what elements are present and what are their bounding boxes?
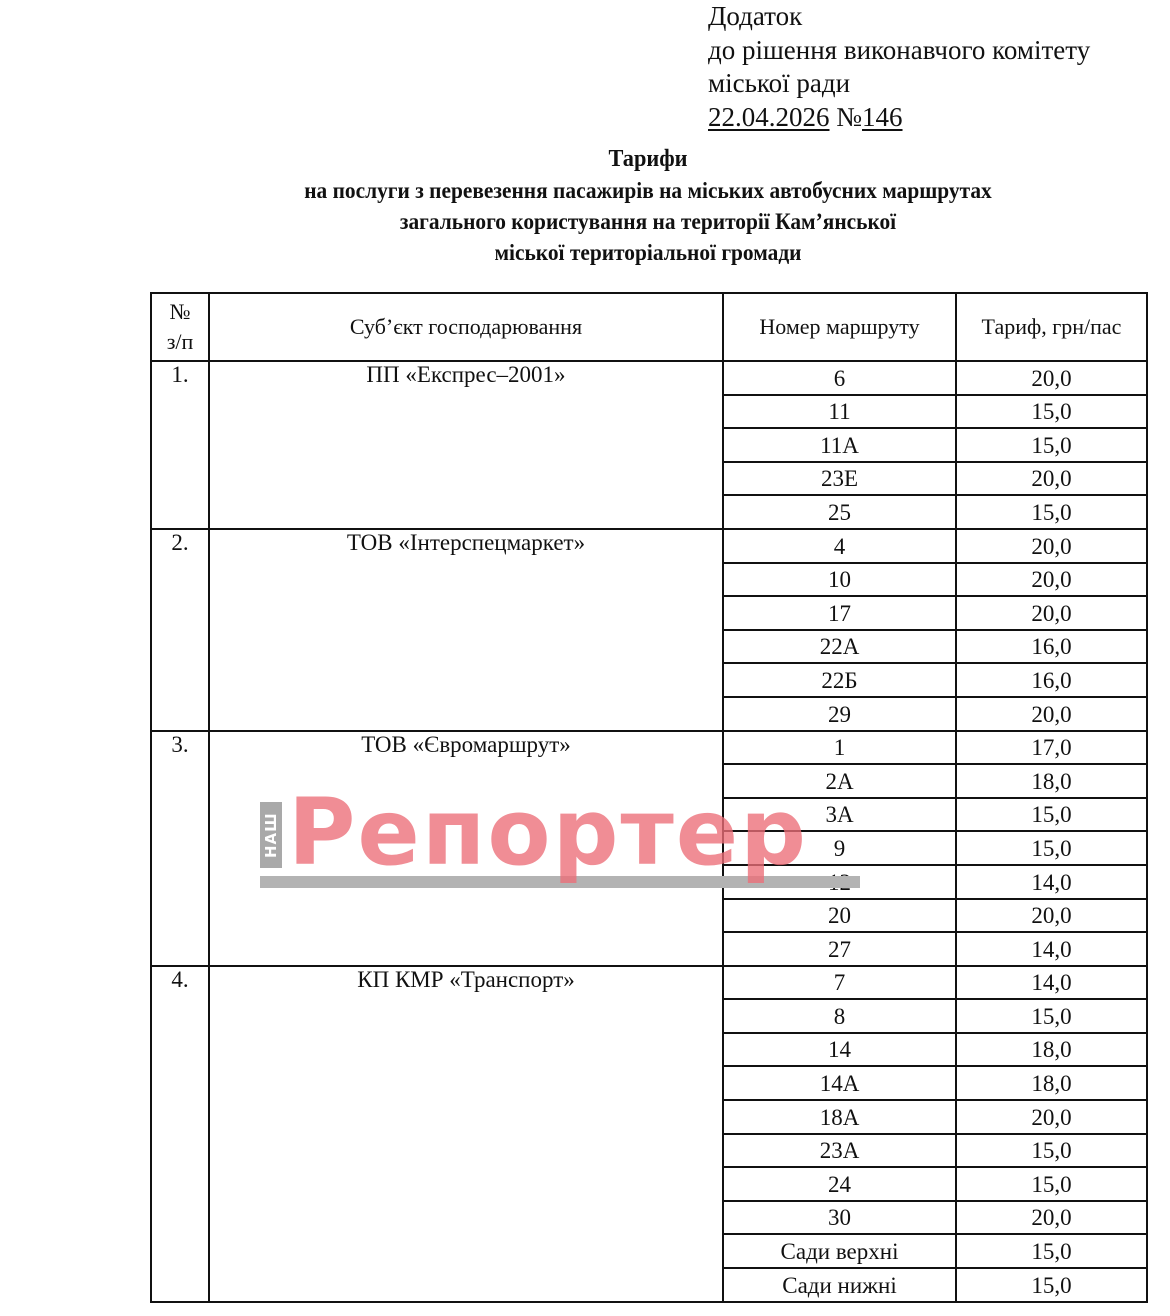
route-number: 18А bbox=[723, 1100, 956, 1134]
route-number: 23Е bbox=[723, 462, 956, 496]
route-number: 23А bbox=[723, 1134, 956, 1168]
table-header-row: №з/п Суб’єкт господарювання Номер маршру… bbox=[151, 293, 1147, 361]
row-number: 3. bbox=[151, 731, 209, 966]
route-number: 11 bbox=[723, 395, 956, 429]
operator-name: КП КМР «Транспорт» bbox=[209, 966, 723, 1302]
operator-name: ТОВ «Інтерспецмаркет» bbox=[209, 529, 723, 731]
route-number: Сади нижні bbox=[723, 1268, 956, 1302]
route-number: 8 bbox=[723, 999, 956, 1033]
title-line-4: міської територіальної громади bbox=[185, 237, 1111, 268]
route-number: 29 bbox=[723, 697, 956, 731]
decision-number: 146 bbox=[862, 102, 903, 132]
fare-value: 14,0 bbox=[956, 865, 1147, 899]
table-row: 4.КП КМР «Транспорт»714,0 bbox=[151, 966, 1147, 1000]
fare-value: 15,0 bbox=[956, 428, 1147, 462]
fare-value: 20,0 bbox=[956, 596, 1147, 630]
route-number: 11А bbox=[723, 428, 956, 462]
route-number: 24 bbox=[723, 1167, 956, 1201]
fare-value: 20,0 bbox=[956, 529, 1147, 563]
fare-value: 16,0 bbox=[956, 663, 1147, 697]
route-number: 17 bbox=[723, 596, 956, 630]
route-number: Сади верхні bbox=[723, 1234, 956, 1268]
route-number: 12 bbox=[723, 865, 956, 899]
appendix-decision-ref: до рішення виконавчого комітету bbox=[708, 34, 1090, 68]
route-number: 4 bbox=[723, 529, 956, 563]
route-number: 22А bbox=[723, 630, 956, 664]
fare-value: 15,0 bbox=[956, 999, 1147, 1033]
fare-value: 20,0 bbox=[956, 899, 1147, 933]
route-number: 20 bbox=[723, 899, 956, 933]
fare-value: 15,0 bbox=[956, 1134, 1147, 1168]
decision-number-sign: № bbox=[830, 102, 863, 132]
fare-value: 15,0 bbox=[956, 831, 1147, 865]
route-number: 27 bbox=[723, 932, 956, 966]
fare-value: 20,0 bbox=[956, 1201, 1147, 1235]
appendix-council: міської ради bbox=[708, 67, 1090, 101]
route-number: 3А bbox=[723, 798, 956, 832]
document-title: Тарифи на послуги з перевезення пасажирі… bbox=[185, 144, 1111, 268]
fare-value: 16,0 bbox=[956, 630, 1147, 664]
decision-date-number: 22.04.2026 №146 bbox=[708, 101, 1090, 135]
fare-value: 15,0 bbox=[956, 1167, 1147, 1201]
route-number: 7 bbox=[723, 966, 956, 1000]
fare-value: 15,0 bbox=[956, 798, 1147, 832]
route-number: 22Б bbox=[723, 663, 956, 697]
fare-value: 18,0 bbox=[956, 1066, 1147, 1100]
fare-value: 15,0 bbox=[956, 495, 1147, 529]
fare-value: 20,0 bbox=[956, 1100, 1147, 1134]
column-header-subject: Суб’єкт господарювання bbox=[209, 293, 723, 361]
fare-value: 15,0 bbox=[956, 1234, 1147, 1268]
decision-date: 22.04.2026 bbox=[708, 102, 830, 132]
title-line-2: на послуги з перевезення пасажирів на мі… bbox=[185, 175, 1111, 206]
appendix-label: Додаток bbox=[708, 0, 1090, 34]
route-number: 9 bbox=[723, 831, 956, 865]
fare-value: 17,0 bbox=[956, 731, 1147, 765]
route-number: 14А bbox=[723, 1066, 956, 1100]
fare-value: 15,0 bbox=[956, 395, 1147, 429]
title-line-3: загального користування на території Кам… bbox=[185, 206, 1111, 237]
fare-value: 14,0 bbox=[956, 966, 1147, 1000]
row-number: 2. bbox=[151, 529, 209, 731]
table-row: 1.ПП «Експрес–2001»620,0 bbox=[151, 361, 1147, 395]
table-body: 1.ПП «Експрес–2001»620,01115,011А15,023Е… bbox=[151, 361, 1147, 1302]
route-number: 1 bbox=[723, 731, 956, 765]
row-number: 4. bbox=[151, 966, 209, 1302]
fare-value: 14,0 bbox=[956, 932, 1147, 966]
route-number: 14 bbox=[723, 1033, 956, 1067]
fare-value: 20,0 bbox=[956, 697, 1147, 731]
column-header-number: №з/п bbox=[151, 293, 209, 361]
route-number: 6 bbox=[723, 361, 956, 395]
route-number: 10 bbox=[723, 563, 956, 597]
tariffs-table: №з/п Суб’єкт господарювання Номер маршру… bbox=[150, 292, 1148, 1303]
column-header-route: Номер маршруту bbox=[723, 293, 956, 361]
operator-name: ПП «Експрес–2001» bbox=[209, 361, 723, 529]
row-number: 1. bbox=[151, 361, 209, 529]
fare-value: 20,0 bbox=[956, 361, 1147, 395]
fare-value: 18,0 bbox=[956, 764, 1147, 798]
fare-value: 18,0 bbox=[956, 1033, 1147, 1067]
fare-value: 20,0 bbox=[956, 462, 1147, 496]
table-row: 2.ТОВ «Інтерспецмаркет»420,0 bbox=[151, 529, 1147, 563]
operator-name: ТОВ «Євромаршрут» bbox=[209, 731, 723, 966]
title-main: Тарифи bbox=[185, 144, 1111, 175]
route-number: 2А bbox=[723, 764, 956, 798]
fare-value: 20,0 bbox=[956, 563, 1147, 597]
appendix-header: Додаток до рішення виконавчого комітету … bbox=[708, 0, 1090, 134]
column-header-fare: Тариф, грн/пас bbox=[956, 293, 1147, 361]
fare-value: 15,0 bbox=[956, 1268, 1147, 1302]
table-row: 3.ТОВ «Євромаршрут»117,0 bbox=[151, 731, 1147, 765]
route-number: 25 bbox=[723, 495, 956, 529]
route-number: 30 bbox=[723, 1201, 956, 1235]
